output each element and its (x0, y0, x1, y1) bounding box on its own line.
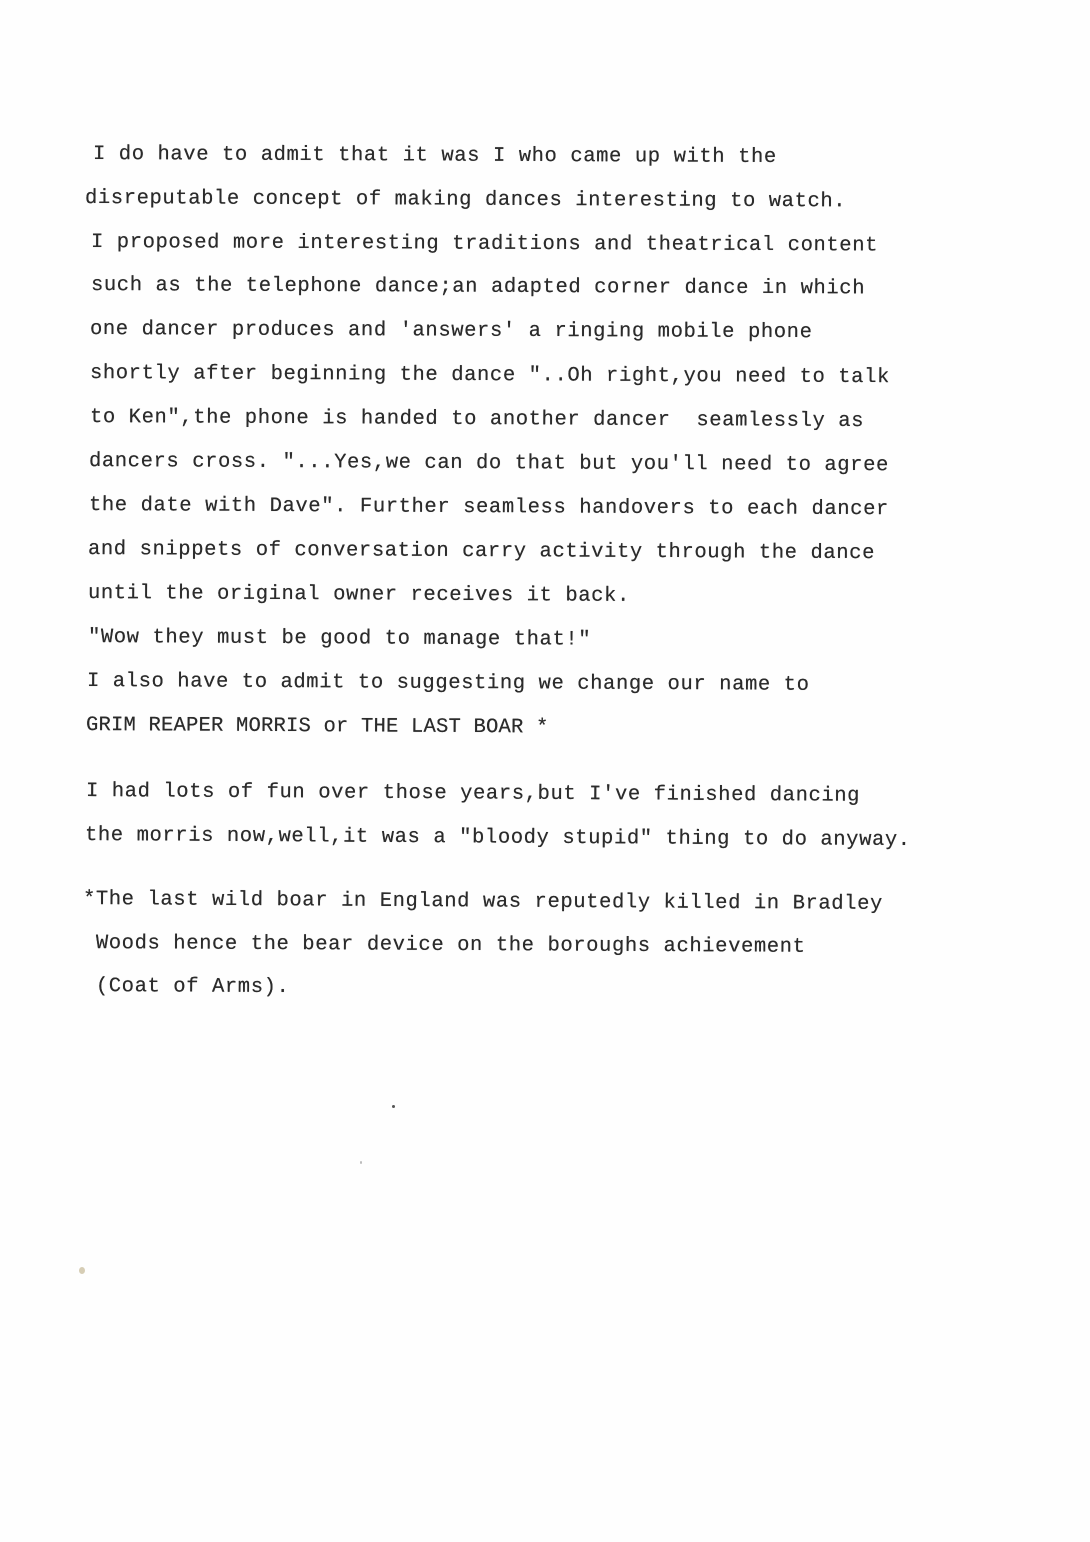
text-line: and snippets of conversation carry activ… (88, 538, 875, 566)
text-line: shortly after beginning the dance "..Oh … (90, 362, 890, 390)
footnote-line: Woods hence the bear device on the borou… (83, 932, 806, 960)
scan-speck (360, 1161, 362, 1164)
text-line: I proposed more interesting traditions a… (91, 231, 878, 258)
proposed-names-line: GRIM REAPER MORRIS or THE LAST BOAR * (86, 714, 549, 740)
scan-speck (392, 1105, 395, 1108)
footnote-line: *The last wild boar in England was reput… (83, 888, 883, 917)
quote-line: "Wow they must be good to manage that!" (88, 626, 591, 653)
text-line: I do have to admit that it was I who cam… (93, 143, 777, 170)
text-line: I also have to admit to suggesting we ch… (87, 670, 810, 698)
text-line: until the original owner receives it bac… (88, 582, 630, 609)
text-line: the morris now,well,it was a "bloody stu… (85, 824, 911, 853)
text-line: to Ken",the phone is handed to another d… (90, 406, 864, 434)
text-line: disreputable concept of making dances in… (85, 187, 846, 214)
scanned-page: I do have to admit that it was I who cam… (0, 0, 1090, 1542)
text-line: dancers cross. "...Yes,we can do that bu… (89, 450, 889, 478)
text-line: such as the telephone dance;an adapted c… (91, 274, 865, 301)
scan-speck (79, 1267, 85, 1274)
text-line: I had lots of fun over those years,but I… (86, 780, 860, 809)
footnote-line: (Coat of Arms). (83, 975, 290, 1000)
text-line: one dancer produces and 'answers' a ring… (90, 318, 813, 345)
text-line: the date with Dave". Further seamless ha… (89, 494, 889, 522)
